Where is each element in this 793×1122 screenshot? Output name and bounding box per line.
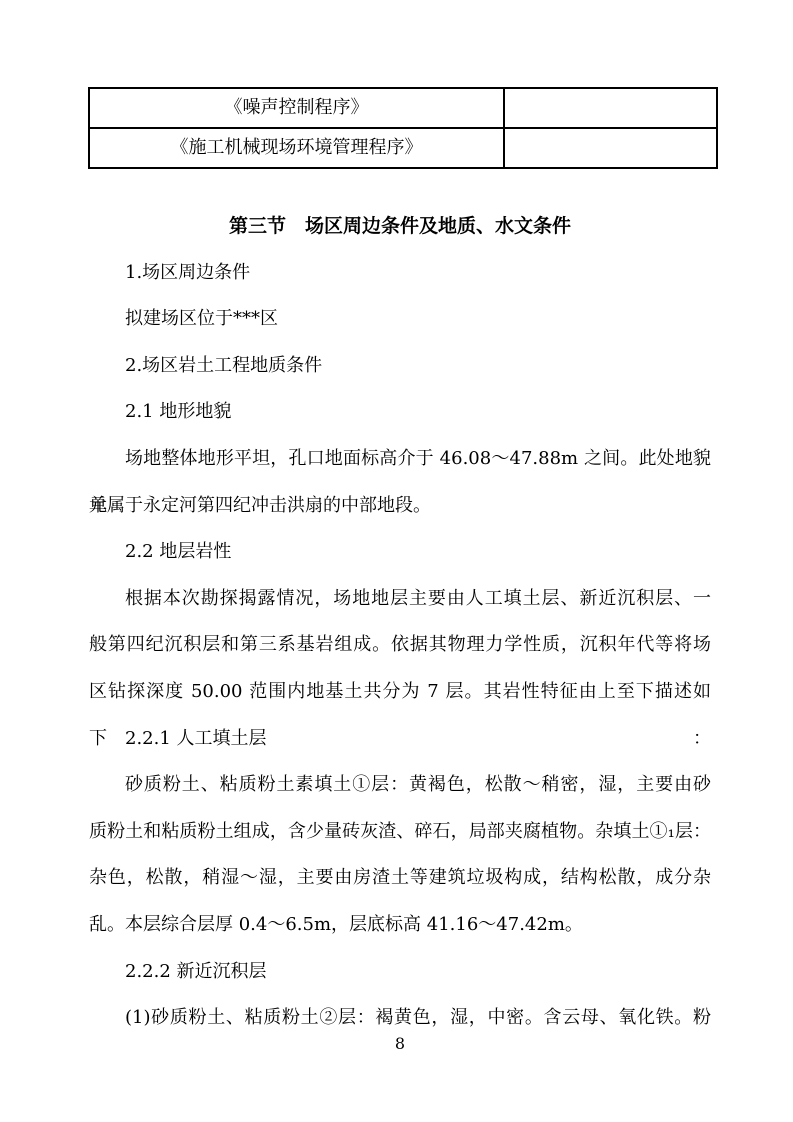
paragraph-line: 乱。本层综合层厚 0.4～6.5m，层底标高 41.16～47.42m。: [89, 902, 711, 949]
paragraph-line: 场地整体地形平坦，孔口地面标高介于 46.08～47.88m 之间。此处地貌单: [89, 436, 711, 483]
document-page: 《噪声控制程序》 《施工机械现场环境管理程序》 第三节 场区周边条件及地质、水文…: [0, 0, 793, 1122]
paragraph-line: 2.2.2 新近沉积层: [89, 949, 711, 996]
table-cell-empty: [504, 128, 717, 168]
paragraph-line: 2.1 地形地貌: [89, 389, 711, 436]
paragraph-line: 2.场区岩土工程地质条件: [89, 343, 711, 390]
paragraph-line: 质粉土和粘质粉土组成，含少量砖灰渣、碎石，局部夹腐植物。杂填土①₁层：: [89, 809, 711, 856]
paragraph-line: 杂色，松散，稍湿～湿，主要由房渣土等建筑垃圾构成，结构松散，成分杂: [89, 855, 711, 902]
paragraph-line: 般第四纪沉积层和第三系基岩组成。依据其物理力学性质，沉积年代等将场: [89, 622, 711, 669]
paragraph-line: 砂质粉土、粘质粉土素填土①层：黄褐色，松散～稍密，湿，主要由砂: [89, 762, 711, 809]
table-cell-program-name: 《噪声控制程序》: [89, 88, 504, 128]
page-number: 8: [89, 1032, 711, 1056]
paragraph-line: 拟建场区位于***区: [89, 296, 711, 343]
section-heading: 第三节 场区周边条件及地质、水文条件: [89, 203, 711, 250]
paragraph-line: 元属于永定河第四纪冲击洪扇的中部地段。: [89, 483, 711, 530]
programs-table: 《噪声控制程序》 《施工机械现场环境管理程序》: [88, 87, 718, 169]
body-text: 第三节 场区周边条件及地质、水文条件 1.场区周边条件 拟建场区位于***区 2…: [89, 203, 711, 1042]
paragraph-line: 2.2 地层岩性: [89, 529, 711, 576]
table-row: 《施工机械现场环境管理程序》: [89, 128, 717, 168]
table-cell-program-name: 《施工机械现场环境管理程序》: [89, 128, 504, 168]
table-row: 《噪声控制程序》: [89, 88, 717, 128]
paragraph-line: 区钻探深度 50.00 范围内地基土共分为 7 层。其岩性特征由上至下描述如下：: [89, 669, 711, 716]
paragraph-line: 1.场区周边条件: [89, 250, 711, 297]
table-cell-empty: [504, 88, 717, 128]
paragraph-line: 根据本次勘探揭露情况，场地地层主要由人工填土层、新近沉积层、一: [89, 576, 711, 623]
